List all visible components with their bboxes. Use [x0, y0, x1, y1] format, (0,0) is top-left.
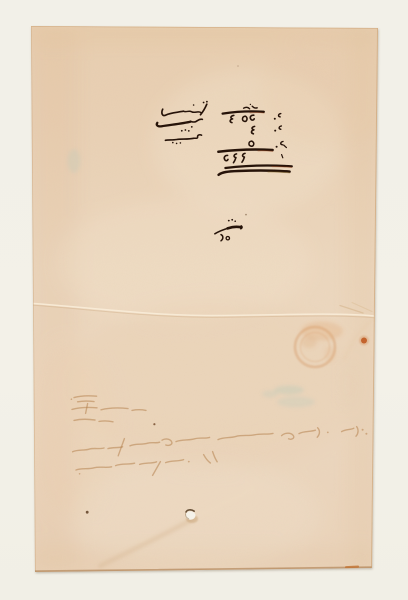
ink-center-note-mark [234, 220, 236, 222]
paper-marks-root [25, 26, 400, 572]
ink-center-note-mark [228, 220, 230, 222]
ink-account-block-mark [172, 142, 174, 144]
faded-script-mark [188, 461, 190, 463]
specks-mark [237, 65, 239, 67]
ink-account-block-mark [274, 130, 276, 132]
ring-stain-mark [324, 346, 336, 362]
manuscript-photo: Photograph of an aged Ottoman-era manusc… [0, 0, 408, 600]
ink-account-block-mark [203, 102, 205, 104]
teal-smudges-mark [274, 386, 304, 395]
ink-center-note-mark [228, 227, 241, 229]
ink-account-block-mark [181, 130, 183, 132]
faded-script-mark [79, 473, 81, 475]
specks-mark [361, 338, 367, 344]
worm-hole-mark [186, 511, 196, 519]
teal-smudges-mark [262, 391, 278, 398]
ink-account-block-mark [176, 143, 178, 145]
ink-account-block-mark [250, 104, 251, 105]
ink-account-block-mark [276, 146, 278, 148]
ink-account-block-mark [274, 118, 276, 120]
ink-account-block-mark [185, 129, 187, 131]
teal-smudges-mark [68, 149, 81, 173]
paper-edges-mark [346, 567, 358, 568]
faded-script-mark [327, 432, 329, 434]
faded-script-mark [362, 429, 364, 431]
faded-script-mark [365, 433, 367, 435]
ink-account-block-mark [193, 104, 195, 106]
faded-script-mark [78, 401, 94, 402]
ink-red-tint-mark [258, 151, 273, 152]
specks-mark [86, 511, 89, 514]
faded-script-mark [71, 398, 73, 400]
ring-stain-mark [301, 336, 317, 348]
manuscript-artwork [0, 0, 408, 600]
specks-mark [153, 423, 155, 425]
ink-account-block-mark [206, 101, 208, 103]
faded-script-mark [132, 410, 146, 411]
ink-account-block-mark [191, 126, 193, 128]
ink-account-block-mark [180, 142, 182, 144]
ink-account-block-mark [188, 130, 190, 132]
teal-smudges-mark [277, 397, 315, 408]
ink-center-note-mark [231, 219, 233, 221]
specks-mark [245, 214, 247, 216]
